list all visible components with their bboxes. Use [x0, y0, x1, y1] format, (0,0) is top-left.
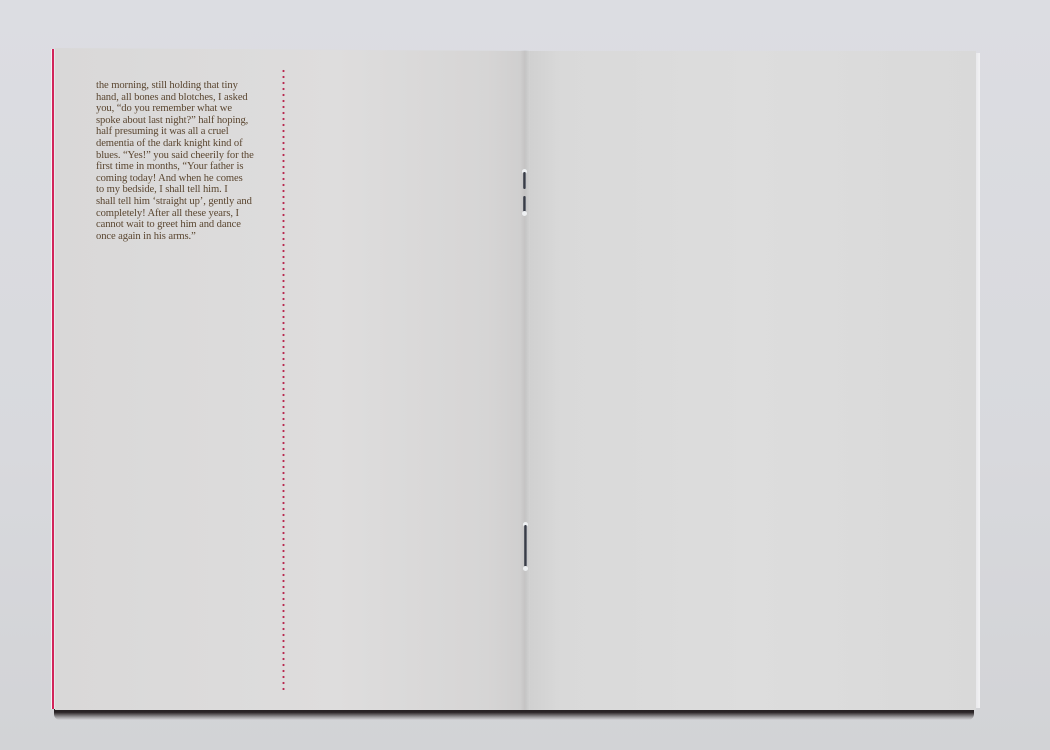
text-line: first time in months, “Your father is [96, 161, 281, 173]
text-line: once again in his arms.” [96, 231, 281, 243]
text-line: blues. “Yes!” you said cheerily for the [96, 150, 281, 162]
text-line: the morning, still holding that tiny [96, 80, 281, 92]
left-page-text: the morning, still holding that tiny han… [96, 80, 281, 242]
text-line: cannot wait to greet him and dance [96, 219, 281, 231]
text-line: hand, all bones and blotches, I asked [96, 92, 281, 104]
text-line: to my bedside, I shall tell him. I [96, 184, 281, 196]
center-fold [520, 50, 530, 710]
dotted-divider-line [282, 68, 285, 690]
booklet-spread: the morning, still holding that tiny han… [0, 0, 1050, 750]
text-line: spoke about last night?” half hoping, [96, 115, 281, 127]
text-line: coming today! And when he comes [96, 173, 281, 185]
text-line: dementia of the dark knight kind of [96, 138, 281, 150]
cover-edge-left [51, 49, 55, 709]
text-line: shall tell him ‘straight up’, gently and [96, 196, 281, 208]
page-edges-right [976, 53, 980, 708]
text-line: half presuming it was all a cruel [96, 126, 281, 138]
text-line: you, “do you remember what we [96, 103, 281, 115]
right-page [525, 51, 976, 710]
text-line: completely! After all these years, I [96, 208, 281, 220]
